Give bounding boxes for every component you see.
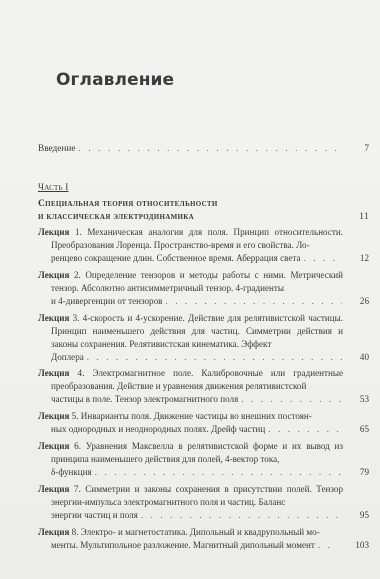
lecture-keyword: Лекция (38, 484, 69, 494)
lecture-description: Симметрии и законы сохранения в присутст… (51, 484, 343, 507)
lecture-description-tail: δ-функция (51, 466, 92, 479)
toc-page-number: 65 (347, 423, 369, 436)
leader-dots: . . (318, 539, 342, 552)
toc-entry-lecture-6: Лекция 6. Уравнения Максвелла в релятиви… (38, 440, 369, 479)
lecture-keyword: Лекция (38, 411, 69, 421)
lecture-description: Определение тензоров и методы работы с н… (51, 270, 343, 293)
toc-page-number: 12 (347, 252, 369, 265)
toc-page-number: 26 (347, 295, 369, 308)
lecture-keyword: Лекция (38, 527, 69, 537)
book-page: Оглавление Введение . . . . . . . . . . … (0, 0, 380, 579)
toc-entry-label: Введение (38, 143, 75, 156)
lecture-description: Инварианты поля. Движение частицы во вне… (81, 411, 312, 421)
lecture-number: 8. (72, 527, 79, 537)
leader-dots: . . . . . . . . . . . . . . . . (241, 393, 342, 406)
lecture-number: 2. (74, 270, 81, 280)
leader-dots: . . . . . . . . . . . . . . . . . . . . … (78, 143, 341, 156)
toc-entry-intro: Введение . . . . . . . . . . . . . . . .… (38, 143, 369, 156)
part-title-line-2: и классическая электродинамика (38, 211, 194, 224)
toc-entry-lecture-4: Лекция 4. Электромагнитное поле. Калибро… (38, 367, 369, 406)
lecture-keyword: Лекция (38, 313, 69, 323)
lecture-keyword: Лекция (38, 368, 69, 378)
leader-dots: . . . . . . . . . . . . . . . . . . . . … (165, 295, 342, 308)
lecture-description-tail: ренцево сокращение длин. Собственное вре… (51, 252, 301, 265)
lecture-description: Уравнения Максвелла в релятивистской фор… (51, 441, 343, 464)
toc-page-number: 95 (347, 509, 369, 522)
leader-dots: . . . . . . . . . . . . (268, 423, 342, 436)
toc-entry-lecture-3: Лекция 3. 4-скорость и 4-ускорение. Дейс… (38, 312, 369, 364)
toc-page-number: 53 (347, 393, 369, 406)
leader-dots: . . . . . . . . . . . . . . . . . . . . … (95, 466, 342, 479)
page-title: Оглавление (56, 70, 174, 90)
lecture-description-tail: менты. Мультипольное разложение. Магнитн… (51, 539, 315, 552)
leader-dots: . . . . . . . . . . . . . . . . . . . . … (87, 351, 342, 364)
lecture-number: 6. (74, 441, 81, 451)
lecture-description-tail: Доплера (51, 351, 84, 364)
lecture-description-tail: и 4-дивергенции от тензоров (51, 295, 162, 308)
lecture-description-tail: энергии частиц и поля (51, 509, 138, 522)
toc-entry-lecture-2: Лекция 2. Определение тензоров и методы … (38, 269, 369, 308)
lecture-number: 1. (75, 227, 82, 237)
lecture-description: Электро- и магнетостатика. Дипольный и к… (81, 527, 320, 537)
toc-page-number: 79 (347, 466, 369, 479)
lecture-description-tail: ных однородных и неоднородных полях. Дре… (51, 423, 265, 436)
lecture-keyword: Лекция (38, 227, 69, 237)
toc-entry-lecture-5: Лекция 5. Инварианты поля. Движение част… (38, 410, 369, 436)
leader-dots: . . . . . . . . . . . . . . . . . . . . … (141, 509, 342, 522)
toc-entry-lecture-1: Лекция 1. Механическая аналогия для поля… (38, 226, 369, 265)
part-title-line-1: Специальная теория относительности (38, 198, 369, 211)
lecture-description-tail: частицы в поле. Тензор электромагнитного… (51, 393, 238, 406)
toc-page-number: 103 (347, 539, 369, 552)
lecture-description: Механическая аналогия для поля. Принцип … (51, 227, 343, 250)
toc-entry-lecture-8: Лекция 8. Электро- и магнетостатика. Дип… (38, 526, 369, 552)
lecture-number: 7. (74, 484, 81, 494)
toc-page-number: 7 (347, 143, 369, 156)
toc-entry-lecture-7: Лекция 7. Симметрии и законы сохранения … (38, 483, 369, 522)
lecture-description: Электромагнитное поле. Калибровочные или… (51, 368, 343, 391)
lecture-keyword: Лекция (38, 441, 69, 451)
part-heading: Часть I Специальная теория относительнос… (38, 183, 369, 224)
part-title: Специальная теория относительности и кла… (38, 198, 369, 224)
lecture-number: 4. (78, 368, 85, 378)
lecture-description: 4-скорость и 4-ускорение. Действие для р… (51, 313, 343, 349)
leader-dots: . . . . . . . . (304, 252, 342, 265)
lecture-number: 5. (72, 411, 79, 421)
part-number: Часть I (38, 183, 369, 193)
toc-page-number: 40 (347, 351, 369, 364)
toc-page-number: 11 (359, 211, 369, 224)
lecture-keyword: Лекция (38, 270, 69, 280)
lecture-number: 3. (73, 313, 80, 323)
